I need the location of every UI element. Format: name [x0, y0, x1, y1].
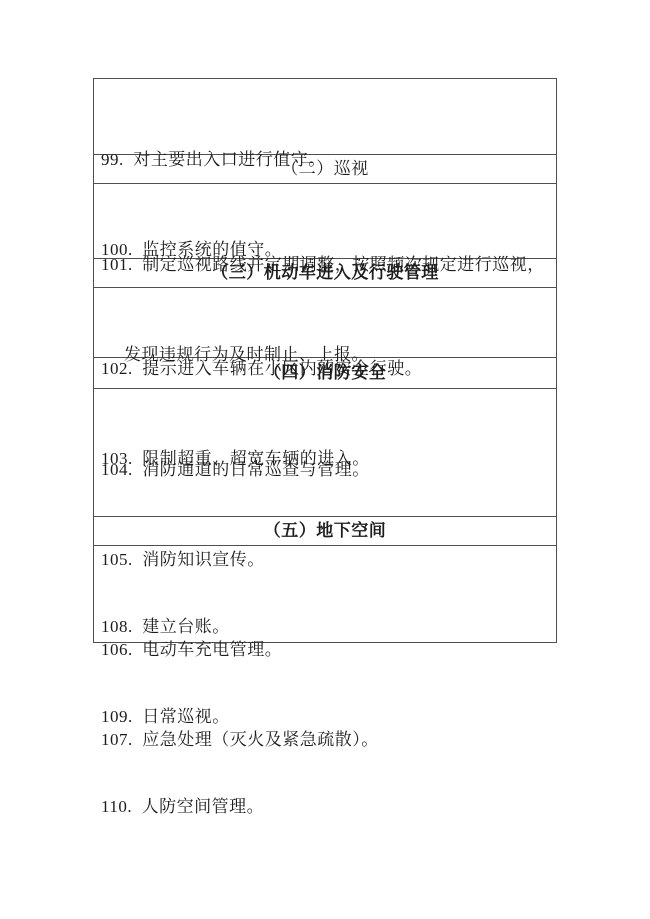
section-header-underground: （五）地下空间: [94, 516, 556, 545]
checklist-item-110: 110. 人防空间管理。: [101, 792, 550, 822]
checklist-table: 99. 对主要出入口进行值守。 100. 监控系统的值守。 （二）巡视 101.…: [93, 78, 557, 643]
checklist-item-104: 104. 消防通道的日常巡查与管理。: [101, 455, 550, 485]
table-row-guard-duty: 99. 对主要出入口进行值守。 100. 监控系统的值守。: [94, 79, 556, 154]
document-page: 99. 对主要出入口进行值守。 100. 监控系统的值守。 （二）巡视 101.…: [0, 0, 650, 919]
checklist-item-108: 108. 建立台账。: [101, 612, 550, 642]
